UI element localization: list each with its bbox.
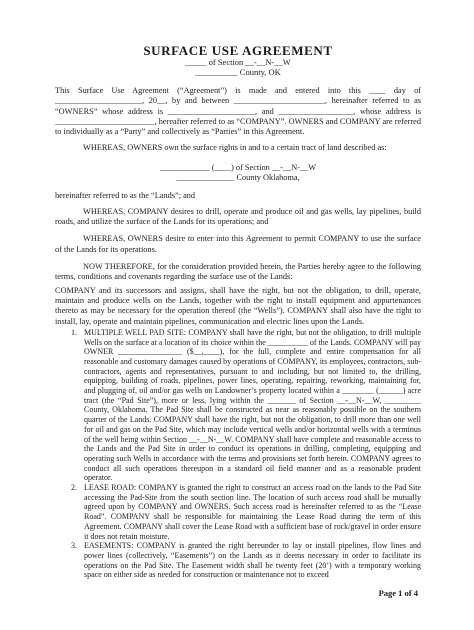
term-item-easements: 3. EASEMENTS: COMPANY is granted the rig… bbox=[55, 541, 421, 580]
term-number: 2. bbox=[71, 483, 77, 493]
tract-description-line2: ______________ County Oklahoma, bbox=[55, 173, 421, 183]
company-rights-paragraph: COMPANY and its successors and assigns, … bbox=[55, 286, 421, 327]
document-title: SURFACE USE AGREEMENT bbox=[55, 44, 421, 58]
term-item-lease-road: 2. LEASE ROAD: COMPANY is granted the ri… bbox=[55, 483, 421, 541]
intro-paragraph: This Surface Use Agreement (“Agreement”)… bbox=[55, 86, 421, 137]
whereas-owners-desire-clause: WHEREAS, OWNERS desire to enter into thi… bbox=[55, 234, 421, 255]
term-text: LEASE ROAD: COMPANY is granted the right… bbox=[84, 483, 421, 541]
tract-description-block: ____________ (____) of Section __-__N-__… bbox=[55, 163, 421, 184]
now-therefore-clause: NOW THEREFORE, for the consideration pro… bbox=[55, 262, 421, 283]
lands-reference-line: hereinafter referred to as the “Lands”; … bbox=[55, 191, 421, 201]
whereas-company-clause: WHEREAS, COMPANY desires to drill, opera… bbox=[55, 207, 421, 228]
page-number-footer: Page 1 of 4 bbox=[379, 588, 418, 598]
document-page: SURFACE USE AGREEMENT _____ of Section _… bbox=[0, 0, 474, 630]
terms-list: 1. MULTIPLE WELL PAD SITE: COMPANY shall… bbox=[55, 328, 421, 580]
tract-description-line1: ____________ (____) of Section __-__N-__… bbox=[55, 163, 421, 173]
term-text: MULTIPLE WELL PAD SITE: COMPANY shall ha… bbox=[84, 328, 421, 483]
term-item-pad-site: 1. MULTIPLE WELL PAD SITE: COMPANY shall… bbox=[55, 328, 421, 483]
page-content: SURFACE USE AGREEMENT _____ of Section _… bbox=[55, 0, 421, 580]
term-number: 3. bbox=[71, 541, 77, 551]
whereas-owners-clause: WHEREAS, OWNERS own the surface rights i… bbox=[55, 143, 421, 153]
county-subtitle: __________ County, OK bbox=[55, 68, 421, 78]
term-number: 1. bbox=[71, 328, 77, 338]
term-text: EASEMENTS: COMPANY is granted the right … bbox=[84, 541, 421, 579]
